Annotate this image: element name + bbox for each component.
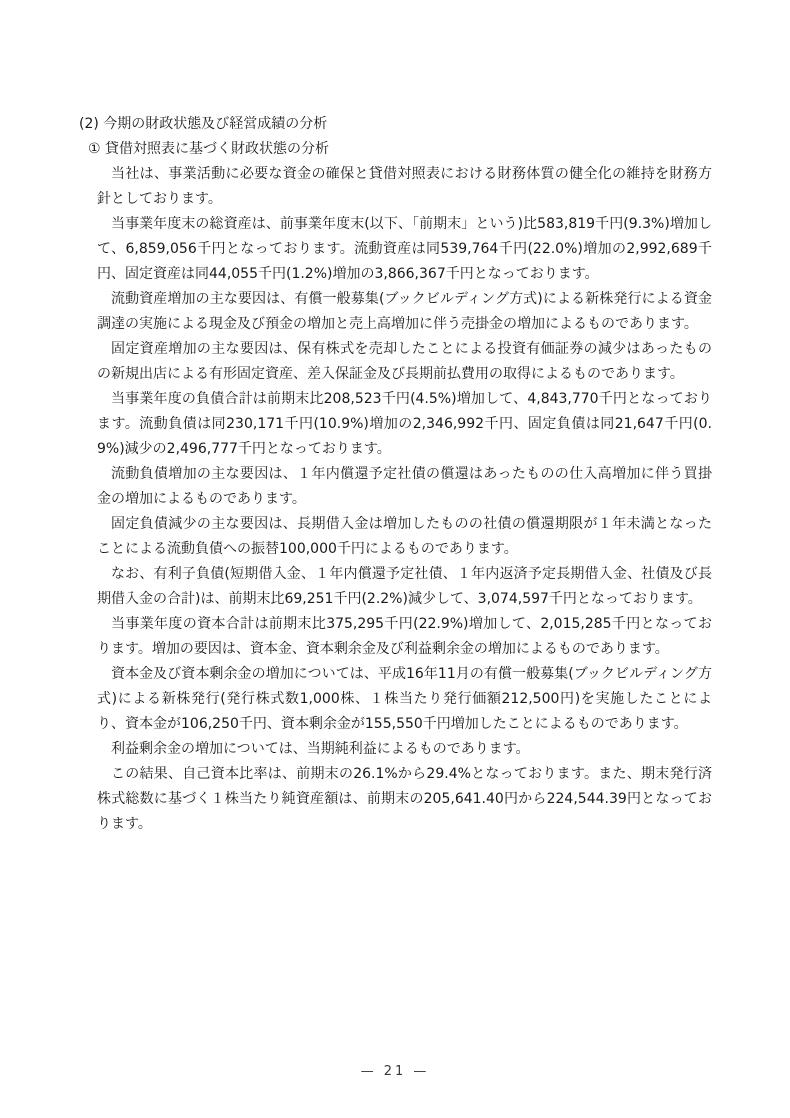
paragraph: なお、有利子負債(短期借入金、１年内償還予定社債、１年内返済予定長期借入金、社債… bbox=[97, 562, 712, 612]
paragraph: 当事業年度の負債合計は前期末比208,523千円(4.5%)増加して、4,843… bbox=[97, 387, 712, 462]
subsection-heading: ① 貸借対照表に基づく財政状態の分析 bbox=[88, 137, 712, 162]
paragraph: 資本金及び資本剰余金の増加については、平成16年11月の有償一般募集(ブックビル… bbox=[97, 662, 712, 737]
paragraph: 利益剰余金の増加については、当期純利益によるものであります。 bbox=[97, 737, 712, 762]
paragraph: 固定資産増加の主な要因は、保有株式を売却したことによる投資有価証券の減少はあった… bbox=[97, 337, 712, 387]
paragraph: 当事業年度末の総資産は、前事業年度末(以下、「前期末」という)比583,819千… bbox=[97, 212, 712, 287]
paragraph: 流動負債増加の主な要因は、１年内償還予定社債の償還はあったものの仕入高増加に伴う… bbox=[97, 462, 712, 512]
page-content: (2) 今期の財政状態及び経営成績の分析 ① 貸借対照表に基づく財政状態の分析 … bbox=[79, 112, 712, 837]
paragraph: 流動資産増加の主な要因は、有償一般募集(ブックビルディング方式)による新株発行に… bbox=[97, 287, 712, 337]
body-paragraphs: 当社は、事業活動に必要な資金の確保と貸借対照表における財務体質の健全化の維持を財… bbox=[97, 162, 712, 837]
paragraph: 当社は、事業活動に必要な資金の確保と貸借対照表における財務体質の健全化の維持を財… bbox=[97, 162, 712, 212]
paragraph: この結果、自己資本比率は、前期末の26.1%から29.4%となっております。また… bbox=[97, 762, 712, 837]
paragraph: 当事業年度の資本合計は前期末比375,295千円(22.9%)増加して、2,01… bbox=[97, 612, 712, 662]
document-page: (2) 今期の財政状態及び経営成績の分析 ① 貸借対照表に基づく財政状態の分析 … bbox=[0, 0, 790, 1118]
paragraph: 固定負債減少の主な要因は、長期借入金は増加したものの社債の償還期限が１年未満とな… bbox=[97, 512, 712, 562]
page-number: — 21 — bbox=[0, 1062, 790, 1082]
section-heading: (2) 今期の財政状態及び経営成績の分析 bbox=[79, 112, 712, 137]
